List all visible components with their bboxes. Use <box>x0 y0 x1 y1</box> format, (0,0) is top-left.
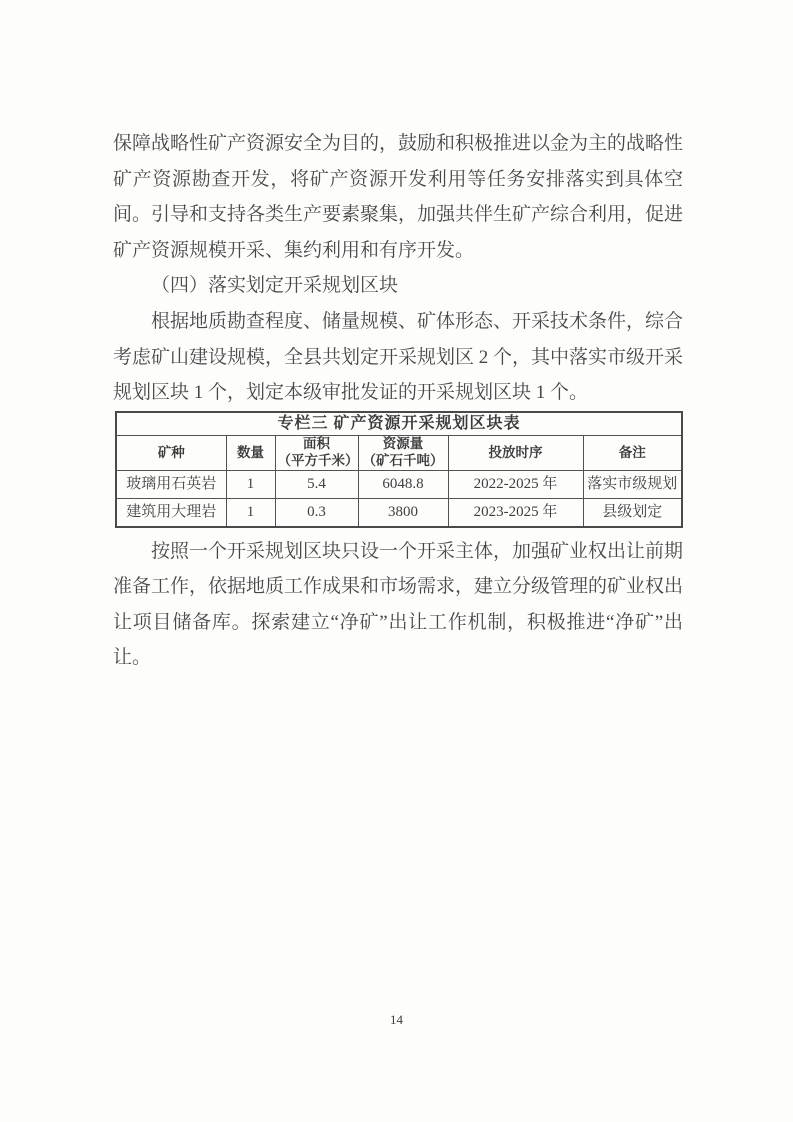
paragraph-following: 按照一个开采规划区块只设一个开采主体，加强矿业权出让前期准备工作，依据地质工作成… <box>113 534 683 676</box>
column-header-quantity: 数量 <box>226 436 275 471</box>
table-cell-timing: 2022-2025 年 <box>448 471 583 499</box>
table-cell-remark: 县级划定 <box>583 499 682 527</box>
paragraph-continuation: 保障战略性矿产资源安全为目的，鼓励和积极推进以金为主的战略性矿产资源勘查开发，将… <box>113 126 683 268</box>
table-title-row: 专栏三 矿产资源开采规划区块表 <box>116 412 682 436</box>
table-cell-quantity: 1 <box>226 471 275 499</box>
document-page: 保障战略性矿产资源安全为目的，鼓励和积极推进以金为主的战略性矿产资源勘查开发，将… <box>0 0 793 1122</box>
table-cell-mineral: 建筑用大理岩 <box>116 499 226 527</box>
paragraph-definition: 根据地质勘查程度、储量规模、矿体形态、开采技术条件，综合考虑矿山建设规模，全县共… <box>113 304 683 411</box>
table-title: 专栏三 矿产资源开采规划区块表 <box>116 412 682 436</box>
table-header-row: 矿种 数量 面积 （平方千米） 资源量 （矿石千吨） 投放时序 备注 <box>116 436 682 471</box>
mineral-planning-table: 专栏三 矿产资源开采规划区块表 矿种 数量 面积 （平方千米） 资源量 （矿石千… <box>115 411 683 528</box>
table-cell-quantity: 1 <box>226 499 275 527</box>
column-header-mineral: 矿种 <box>116 436 226 471</box>
table-cell-remark: 落实市级规划 <box>583 471 682 499</box>
table-cell-area: 0.3 <box>275 499 358 527</box>
table-cell-resource: 3800 <box>358 499 448 527</box>
body-text: 保障战略性矿产资源安全为目的，鼓励和积极推进以金为主的战略性矿产资源勘查开发，将… <box>113 126 683 676</box>
table-cell-timing: 2023-2025 年 <box>448 499 583 527</box>
table-row: 建筑用大理岩 1 0.3 3800 2023-2025 年 县级划定 <box>116 499 682 527</box>
column-header-area: 面积 （平方千米） <box>275 436 358 471</box>
table-cell-area: 5.4 <box>275 471 358 499</box>
table-cell-mineral: 玻璃用石英岩 <box>116 471 226 499</box>
column-header-remark: 备注 <box>583 436 682 471</box>
table-row: 玻璃用石英岩 1 5.4 6048.8 2022-2025 年 落实市级规划 <box>116 471 682 499</box>
section-heading: （四）落实划定开采规划区块 <box>113 268 683 304</box>
page-number: 14 <box>0 1012 793 1028</box>
column-header-timing: 投放时序 <box>448 436 583 471</box>
column-header-resource: 资源量 （矿石千吨） <box>358 436 448 471</box>
table-cell-resource: 6048.8 <box>358 471 448 499</box>
